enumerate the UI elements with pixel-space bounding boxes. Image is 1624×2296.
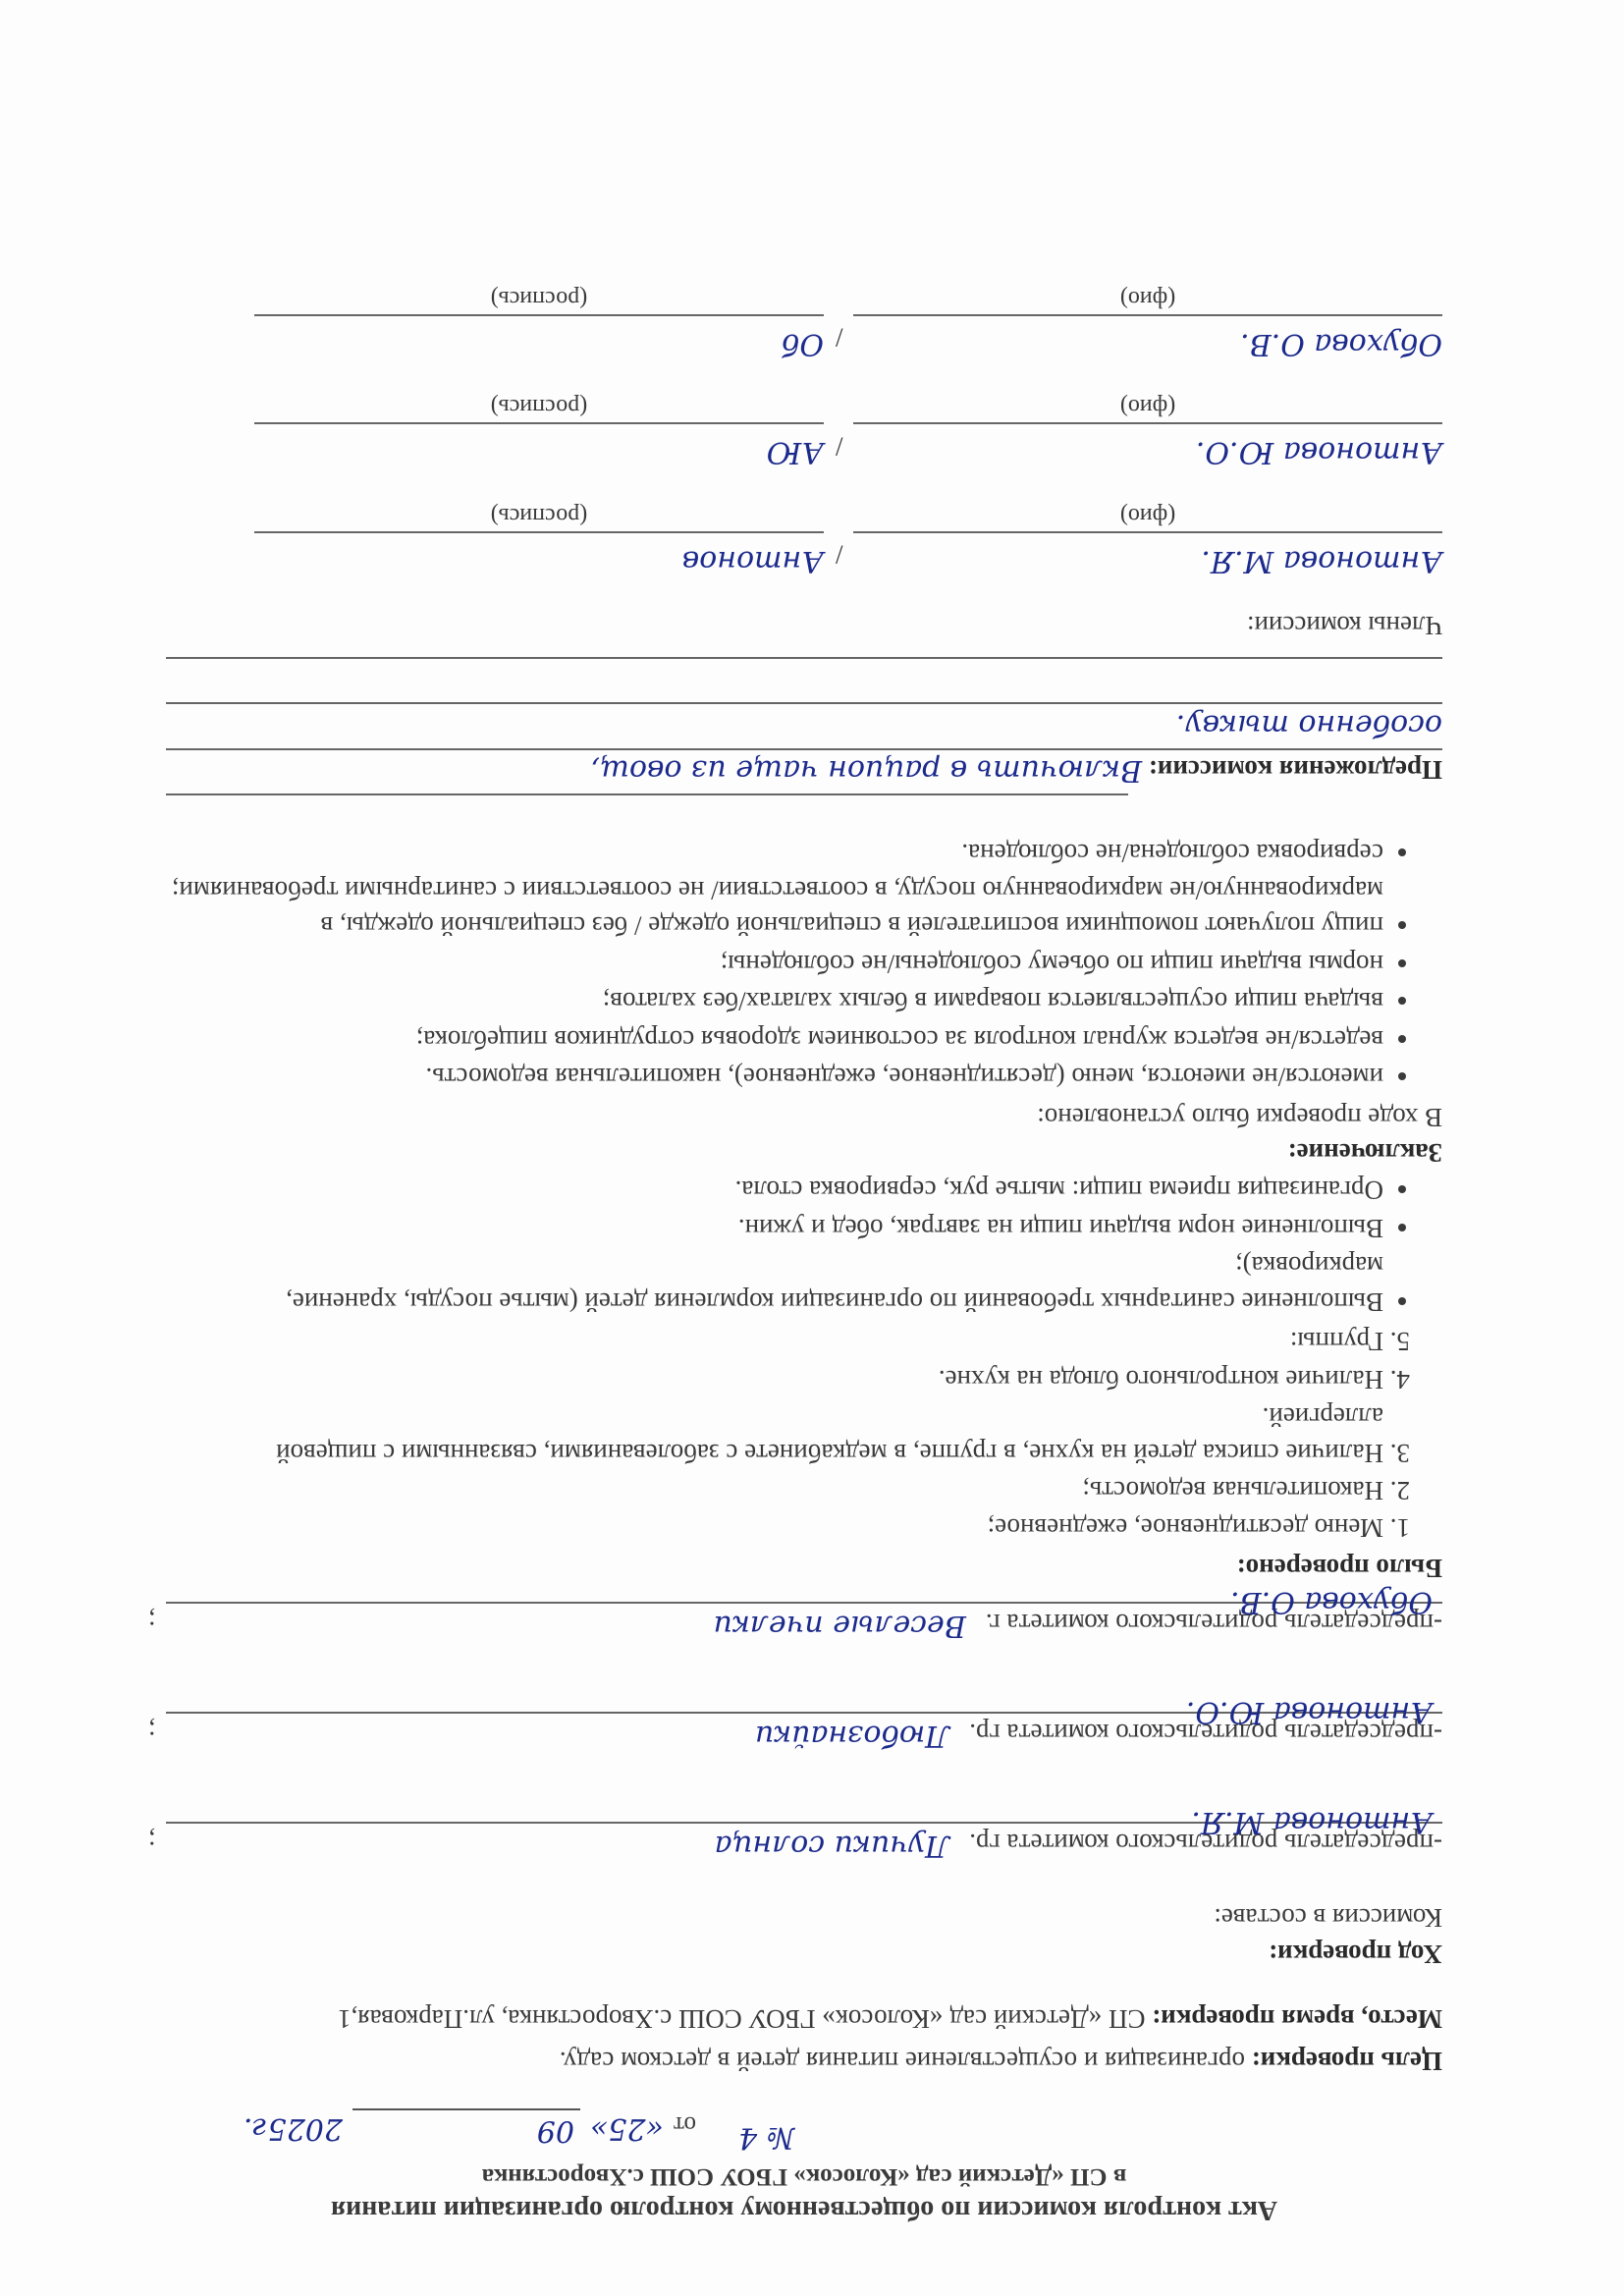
member-signature-row: Антонова М.Я./ Антонов: [166, 531, 1442, 580]
date-year: 2025г.: [244, 2108, 343, 2149]
findings-list: имеются/не имеются, меню (десятидневное,…: [166, 835, 1442, 1095]
member-fio: Антонова М.Я.: [1201, 544, 1442, 578]
date-day: «25»: [590, 2108, 664, 2149]
member-name: Антонова Ю.О.: [1186, 1691, 1433, 1731]
scanned-document-page: Акт контроля комиссии по общественному к…: [0, 0, 1624, 2296]
signature-caption: (роспись): [254, 391, 824, 422]
group-check-list: Выполнение санитарных требований по орга…: [166, 1173, 1442, 1320]
conclusion-label: Заключение:: [1288, 1138, 1442, 1168]
date-prefix: от: [674, 2108, 696, 2142]
group-check-item: Выполнение санитарных требований по орга…: [166, 1248, 1383, 1320]
proposals-handwritten-2: особенно тыкву.: [1176, 708, 1442, 742]
member-signature: Об: [782, 327, 824, 361]
conclusion-section: Заключение: В ходе проверки было установ…: [166, 835, 1442, 1171]
commission-member-row: -председатель родительского комитета гр.…: [166, 1822, 1442, 1886]
member-signature-row: Обухова О.В./ Об: [166, 314, 1442, 363]
member-signature: АЮ: [766, 435, 824, 469]
member-fio: Обухова О.В.: [1240, 327, 1442, 361]
checked-section: Было проверено: Меню десятидневное, ежед…: [166, 1173, 1442, 1586]
member-signature: Антонов: [682, 544, 824, 578]
group-check-item: Организация приема пищи: мытье рук, серв…: [166, 1173, 1383, 1208]
member-group: Веселые пчелки: [714, 1606, 966, 1646]
finding-item: пищу получают помощники воспитателей в с…: [166, 873, 1383, 945]
place-section: Место, время проверки: СП «Детский сад «…: [166, 2001, 1442, 2037]
finding-item: выдача пищи осуществляется поварами в бе…: [166, 984, 1383, 1019]
title-line-1: Акт контроля комиссии по общественному к…: [166, 2192, 1442, 2227]
signature-caption: (роспись): [254, 499, 824, 530]
group-check-item: Выполнение норм выдачи пищи на завтрак, …: [166, 1210, 1383, 1245]
checked-item: Наличие контрольного блюда на кухне.: [166, 1361, 1383, 1396]
proposals-label: Предложения комиссии:: [1149, 755, 1442, 785]
checked-item: Меню десятидневное, ежедневное;: [166, 1510, 1383, 1546]
fio-caption: (фио): [853, 391, 1442, 422]
member-name: Обухова О.В.: [1230, 1581, 1433, 1621]
finding-item: ведется/не ведется журнал контроля за со…: [166, 1021, 1383, 1057]
checked-list: Меню десятидневное, ежедневное; Накопите…: [166, 1324, 1442, 1547]
commission-member-row: -председатель родительского комитета гр.…: [166, 1712, 1442, 1777]
progress-label: Ход проверки:: [1269, 1940, 1442, 1969]
proposals-handwritten-1: Включить в рацион чаще из овощ,: [590, 753, 1142, 788]
fio-caption: (фио): [853, 499, 1442, 530]
goal-label: Цель проверки:: [1252, 2047, 1442, 2076]
goal-text: организация и осуществление питания дете…: [560, 2047, 1245, 2076]
proposals-section: Предложения комиссии: Включить в рацион …: [166, 657, 1442, 805]
checked-item: Наличие списка детей на кухне, в группе,…: [166, 1399, 1383, 1471]
member-name: Антонова М.Я.: [1191, 1801, 1433, 1841]
members-label: Члены комиссии:: [166, 608, 1442, 643]
finding-item: нормы выдачи пищи по объему соблюдены/не…: [166, 946, 1383, 981]
progress-section: Ход проверки: Комиссия в составе: -предс…: [166, 1602, 1442, 1972]
finding-item: сервировка соблюдена/не соблюдена.: [166, 835, 1383, 870]
act-number: № 4: [738, 2117, 794, 2158]
place-label: Место, время проверки:: [1152, 2004, 1442, 2034]
member-signature-row: Антонова Ю.О./ АЮ: [166, 422, 1442, 471]
checked-item: Накопительная ведомость;: [166, 1473, 1383, 1508]
checked-item: Группы:: [166, 1324, 1383, 1359]
members-section: Члены комиссии: Антонова М.Я./ Антонов (…: [166, 283, 1442, 644]
checked-label: Было проверено:: [1237, 1554, 1442, 1583]
commission-member-row: -председатель родительского комитета г. …: [166, 1602, 1442, 1667]
document-title: Акт контроля комиссии по общественному к…: [166, 2159, 1442, 2227]
member-group: Лучики солнца: [715, 1826, 950, 1866]
goal-section: Цель проверки: организация и осуществлен…: [166, 2043, 1442, 2078]
title-line-2: в СП «Детский сад «Колосок» ГБОУ СОШ с.Х…: [166, 2159, 1442, 2192]
member-fio: Антонова Ю.О.: [1196, 435, 1442, 469]
conclusion-intro: В ходе проверки было установлено:: [166, 1099, 1442, 1134]
place-text: СП «Детский сад «Колосок» ГБОУ СОШ с.Хво…: [338, 2004, 1146, 2034]
member-group: Любознайки: [755, 1716, 949, 1756]
commission-intro: Комиссия в составе:: [166, 1900, 1442, 1936]
signature-caption: (роспись): [254, 283, 824, 314]
date-month: 09: [352, 2108, 580, 2151]
date-line: от «25» 09 2025г.: [166, 2108, 1442, 2151]
finding-item: имеются/не имеются, меню (десятидневное,…: [166, 1060, 1383, 1095]
fio-caption: (фио): [853, 283, 1442, 314]
